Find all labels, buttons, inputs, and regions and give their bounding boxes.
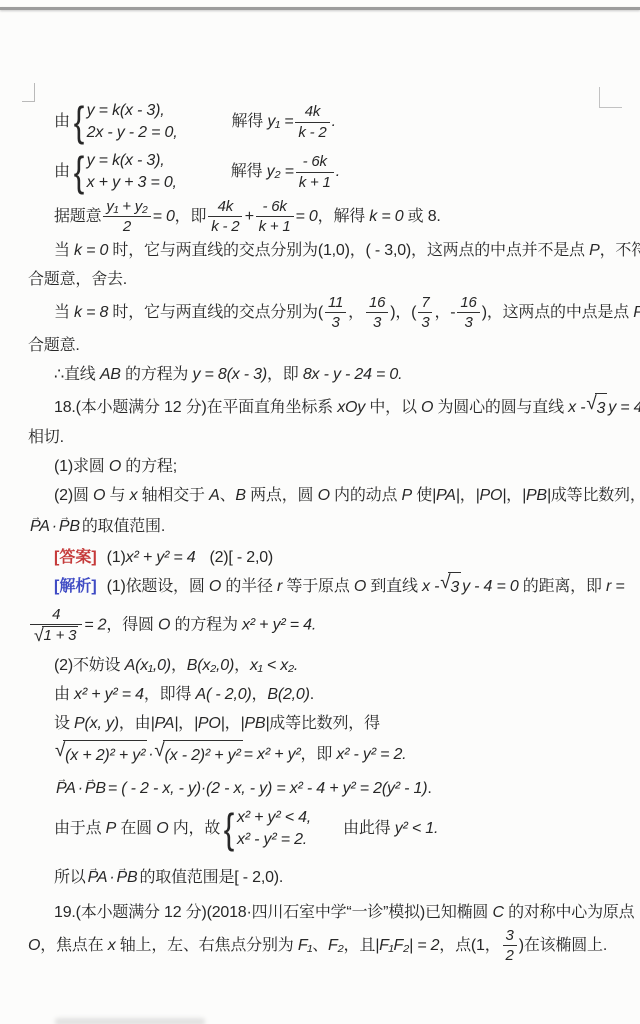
text-run: 所以 (54, 869, 86, 886)
equation-row: x² + y² < 4, (237, 807, 311, 829)
equation-system: {x² + y² < 4,x² - y² = 2. (222, 807, 311, 851)
spacer (179, 175, 231, 176)
math-run: F₂ (328, 937, 343, 954)
square-root: √3 (440, 572, 461, 602)
math-run: k = 0 (369, 208, 403, 225)
math-run: x² + y² = 4 (126, 549, 196, 566)
math-run: F₁ (298, 937, 312, 954)
radicand: 3 (448, 572, 461, 602)
text-run: (1)求圆 (54, 458, 109, 475)
fraction-denominator: k + 1 (296, 172, 334, 191)
fraction-numerator: 4k (295, 103, 329, 121)
math-run: O (209, 578, 221, 595)
text-run: 的取值范围. (82, 518, 165, 535)
text-run: ， (178, 715, 194, 732)
text-run: ，即 (267, 366, 303, 383)
math-run: C (492, 904, 503, 921)
vector: →PA (56, 774, 76, 803)
math-run: O (421, 399, 433, 416)
text-run: ， (225, 715, 241, 732)
text-run: (2)[ - 2,0) (209, 549, 273, 566)
text-run: 中，以 (365, 399, 421, 416)
text-run: 由 (54, 686, 74, 703)
text-run: 、 (220, 487, 236, 504)
cutoff-line-smudge (55, 1018, 205, 1024)
radicand: 1 + 3 (42, 626, 79, 644)
math-run: O (158, 617, 170, 634)
text-run: ，即得 (144, 686, 196, 703)
fraction-denominator: 3 (366, 312, 388, 331)
document-line: 由于点 P 在圆 O 内，故{x² + y² < 4,x² - y² = 2.由… (28, 807, 626, 851)
math-run: y² < 1. (395, 820, 439, 837)
math-run: P (633, 303, 640, 320)
math-run: r = (606, 578, 625, 595)
square-root: √(x + 2)² + y² (55, 740, 147, 770)
math-run: |PO| (476, 487, 507, 504)
fraction: 4kk - 2 (295, 103, 329, 141)
vector: →PB (85, 774, 106, 803)
math-run: O (318, 487, 330, 504)
vector-arrow-icon: → (57, 765, 66, 794)
text-run: 当 (54, 242, 74, 259)
text-run: 轴上，左、右焦点分别为 (116, 937, 298, 954)
math-run: . (332, 113, 336, 130)
text-run: 由此得 (343, 820, 395, 837)
text-run: ， (234, 657, 250, 674)
math-run: B (235, 487, 245, 504)
brace-icon: { (74, 151, 84, 193)
text-run: 、 (312, 937, 328, 954)
text-run: 的半径 (221, 578, 277, 595)
radicand: (x - 2)² + y² (163, 740, 243, 770)
document-content: 由{y = k(x - 3),2x - y - 2 = 0,解得 y₁ =4kk… (0, 100, 640, 964)
math-run: P(x, y) (74, 715, 119, 732)
math-run: k = 8 (74, 303, 108, 320)
equation-system: {y = k(x - 3),x + y + 3 = 0, (72, 150, 177, 194)
text-run: 的距离，即 (519, 578, 607, 595)
vector: →PA (88, 863, 108, 892)
fraction-numerator: 4 (30, 606, 82, 624)
math-run: y = 8(x - 3) (192, 366, 267, 383)
fraction: 4√1 + 3 (30, 606, 82, 645)
text-run: 由于点 (54, 820, 106, 837)
scan-top-bar (0, 7, 640, 10)
fraction: - 6kk + 1 (296, 153, 334, 191)
text-run: ，由 (119, 715, 151, 732)
fraction-denominator: 3 (325, 312, 346, 331)
fraction: - 6kk + 1 (256, 198, 294, 236)
text-run: ，焦点在 (40, 937, 107, 954)
math-run: x (108, 937, 116, 954)
text-run: ， (348, 303, 364, 320)
text-run: 内，故 (168, 820, 220, 837)
document-line: 相切. (28, 423, 626, 452)
math-run: = ( - 2 - x, - y)·(2 - x, - y) = x² - 4 … (108, 780, 428, 797)
math-run: = x² + y² (244, 746, 301, 763)
math-run: A (209, 487, 219, 504)
answer-label: [答案] (54, 549, 97, 566)
equation-rows: x² + y² < 4,x² - y² = 2. (237, 807, 311, 851)
text-run: 时，它与两直线的交点分别为(1,0)，( - 3,0)，这两点的中点并不是点 (108, 242, 589, 259)
document-line: 当 k = 0 时，它与两直线的交点分别为(1,0)，( - 3,0)，这两点的… (28, 236, 626, 265)
text-run: 为圆心的圆与直线 (433, 399, 568, 416)
square-root: √3 (586, 393, 607, 423)
document-line: 当 k = 8 时，它与两直线的交点分别为(113，163)，(73，-163)… (28, 294, 626, 332)
math-run: B(2,0) (267, 686, 309, 703)
text-run: 18.(本小题满分 12 分)在平面直角坐标系 (54, 399, 337, 416)
document-line: 19.(本小题满分 12 分)(2018·四川石室中学“一诊”模拟)已知椭圆 C… (28, 898, 626, 927)
vector-arrow-icon: → (60, 503, 69, 532)
text-run: 的对称中心为原点 (504, 904, 635, 921)
fraction: y₁ + y₂2 (103, 198, 150, 236)
math-run: x - (568, 399, 585, 416)
spacer (97, 590, 107, 591)
fraction-numerator: 16 (457, 294, 479, 312)
fraction: 32 (503, 927, 517, 965)
text-run: 的方程; (121, 458, 177, 475)
vector-arrow-icon: → (31, 503, 40, 532)
text-run: ， (506, 487, 522, 504)
fraction-denominator: √1 + 3 (30, 624, 82, 645)
math-run: · (109, 869, 114, 886)
fraction-numerator: 3 (503, 927, 517, 945)
text-run: (2)不妨设 (54, 657, 125, 674)
text-run: 合题意，舍去. (28, 271, 127, 288)
text-run: 两点，圆 (246, 487, 318, 504)
math-run: O (156, 820, 168, 837)
fraction: 4kk - 2 (208, 198, 242, 236)
text-run: 解得 (231, 113, 267, 130)
text-run: ，且 (344, 937, 376, 954)
math-run: O (28, 937, 40, 954)
math-run: x² + y² = 4 (74, 686, 144, 703)
text-run: ，点(1， (439, 937, 500, 954)
fraction-numerator: - 6k (256, 198, 294, 216)
text-run: 到直线 (366, 578, 422, 595)
math-run: AB (100, 366, 121, 383)
fraction-denominator: 3 (457, 312, 479, 331)
text-run: ， (252, 686, 268, 703)
document-line: 设 P(x, y)，由|PA|，|PO|，|PB|成等比数列，得 (28, 709, 626, 738)
vector: →PA (30, 512, 50, 541)
document-line: 所以→PA·→PB的取值范围是[ - 2,0). (28, 863, 626, 892)
text-run: 的方程为 (121, 366, 193, 383)
text-run: 使 (412, 487, 432, 504)
text-run: (1) (107, 549, 126, 566)
math-run: + (244, 208, 253, 225)
document-line: 据题意y₁ + y₂2= 0，即4kk - 2+- 6kk + 1= 0，解得 … (28, 198, 626, 236)
text-run: 内的动点 (330, 487, 402, 504)
text-run: ，即 (301, 746, 337, 763)
document-line: O，焦点在 x 轴上，左、右焦点分别为 F₁、F₂，且|F₁F₂| = 2，点(… (28, 927, 626, 965)
fraction-numerator: 4k (208, 198, 242, 216)
fraction: 113 (325, 294, 346, 332)
math-run: A(x₁,0) (125, 657, 171, 674)
fraction-denominator: 3 (418, 312, 432, 331)
text-run: 在圆 (116, 820, 156, 837)
document-line: 合题意，舍去. (28, 265, 626, 294)
math-run: |PO| (194, 715, 225, 732)
text-run: . (427, 780, 431, 797)
equation-row: y = k(x - 3), (87, 100, 178, 122)
math-run: y₁ = (267, 113, 293, 130)
text-run: ，解得 (318, 208, 370, 225)
spacer (97, 561, 107, 562)
text-run: ， (460, 487, 476, 504)
text-run: )，这两点的中点是点 (482, 303, 634, 320)
document-line: →PA·→PB= ( - 2 - x, - y)·(2 - x, - y) = … (28, 774, 626, 803)
equation-rows: y = k(x - 3),x + y + 3 = 0, (87, 150, 177, 194)
fraction: 163 (457, 294, 479, 332)
math-run: y₂ = (267, 163, 294, 180)
equation-row: x² - y² = 2. (237, 829, 311, 851)
text-run: . (310, 686, 314, 703)
math-run: · (148, 746, 153, 763)
text-run: 解得 (231, 163, 267, 180)
text-run: 成等比数列，求 (551, 487, 640, 504)
math-run: xOy (337, 399, 365, 416)
math-run: x² + y² = 4. (242, 617, 316, 634)
text-run: 成等比数列，得 (269, 715, 380, 732)
square-root: √1 + 3 (34, 626, 78, 645)
document-line: 由{y = k(x - 3),2x - y - 2 = 0,解得 y₁ =4kk… (28, 100, 626, 144)
math-run: P (589, 242, 599, 259)
math-run: y - 4 = 0 (462, 578, 518, 595)
math-run: x² - y² = 2. (336, 746, 406, 763)
math-run: x - (422, 578, 439, 595)
text-run: 当 (54, 303, 74, 320)
math-run: y = 4 (608, 399, 640, 416)
equation-rows: y = k(x - 3),2x - y - 2 = 0, (87, 100, 178, 144)
math-run: 8x - y - 24 = 0. (303, 366, 403, 383)
document-line: 由 x² + y² = 4，即得 A( - 2,0)，B(2,0). (28, 680, 626, 709)
text-run: 或 8. (403, 208, 440, 225)
document-line: ∴直线 AB 的方程为 y = 8(x - 3)，即 8x - y - 24 =… (28, 360, 626, 389)
spacer (179, 125, 231, 126)
math-run: |PB| (240, 715, 269, 732)
text-run: )在该椭圆上. (519, 937, 607, 954)
vector-arrow-icon: → (86, 765, 95, 794)
document-line: (1)求圆 O 的方程; (28, 452, 626, 481)
math-run: = 0 (153, 208, 175, 225)
text-run: 合题意. (28, 337, 80, 354)
equation-row: y = k(x - 3), (87, 150, 177, 172)
math-run: · (78, 780, 83, 797)
text-run: 的方程为 (170, 617, 242, 634)
text-run: 由 (54, 113, 70, 130)
math-run: = 0 (296, 208, 318, 225)
fraction-numerator: 16 (366, 294, 388, 312)
math-run: B(x₂,0) (187, 657, 234, 674)
fraction-denominator: 2 (503, 945, 517, 964)
analysis-label: [解析] (54, 578, 97, 595)
vector-arrow-icon: → (89, 854, 98, 883)
math-run: k = 0 (74, 242, 108, 259)
text-run: ，即 (175, 208, 207, 225)
math-run: P (106, 820, 116, 837)
document-line: 由{y = k(x - 3),x + y + 3 = 0,解得 y₂ =- 6k… (28, 150, 626, 194)
document-line: 18.(本小题满分 12 分)在平面直角坐标系 xOy 中，以 O 为圆心的圆与… (28, 393, 626, 423)
math-run: O (93, 487, 105, 504)
math-run: O (354, 578, 366, 595)
text-run: ∴直线 (54, 366, 100, 383)
math-run: |PA| (432, 487, 460, 504)
text-run: 时，它与两直线的交点分别为( (108, 303, 323, 320)
math-run: = 2 (84, 617, 106, 634)
math-run: A( - 2,0) (196, 686, 252, 703)
document-line: [解析](1)依题设，圆 O 的半径 r 等于原点 O 到直线 x -√3y -… (28, 572, 626, 602)
text-run: 轴相交于 (137, 487, 209, 504)
text-run: 相切. (28, 429, 64, 446)
text-run: ，不符 (600, 242, 640, 259)
math-run: |PA| (150, 715, 178, 732)
fraction-denominator: k - 2 (295, 122, 329, 141)
document-line: √(x + 2)² + y²·√(x - 2)² + y²= x² + y²，即… (28, 740, 626, 770)
document-line: 4√1 + 3= 2，得圆 O 的方程为 x² + y² = 4. (28, 606, 626, 645)
text-run: (1)依题设，圆 (107, 578, 209, 595)
fraction-numerator: 7 (418, 294, 432, 312)
fraction: 163 (366, 294, 388, 332)
text-run: 由 (54, 163, 70, 180)
fraction-denominator: k + 1 (256, 216, 294, 235)
math-run: · (52, 518, 57, 535)
document-line: 合题意. (28, 331, 626, 360)
equation-system: {y = k(x - 3),2x - y - 2 = 0, (72, 100, 178, 144)
document-line: →PA·→PB的取值范围. (28, 512, 626, 541)
equation-row: x + y + 3 = 0, (87, 172, 177, 194)
fraction-numerator: 11 (325, 294, 346, 312)
text-run: ，- (434, 303, 455, 320)
math-run: P (402, 487, 412, 504)
spacer (313, 832, 343, 833)
text-run: 的取值范围是[ - 2,0). (139, 869, 283, 886)
math-run: O (109, 458, 121, 475)
text-run: ，得圆 (106, 617, 158, 634)
document-line: (2)圆 O 与 x 轴相交于 A、B 两点，圆 O 内的动点 P 使|PA|，… (28, 481, 626, 510)
text-run: 设 (54, 715, 74, 732)
fraction-numerator: y₁ + y₂ (103, 198, 150, 216)
spacer (195, 561, 209, 562)
fraction-denominator: k - 2 (208, 216, 242, 235)
equation-row: 2x - y - 2 = 0, (87, 122, 178, 144)
text-run: 与 (105, 487, 129, 504)
text-run: )，( (390, 303, 416, 320)
radicand: 3 (595, 393, 608, 423)
vector: →PB (59, 512, 80, 541)
math-run: |F₁F₂| = 2 (375, 937, 439, 954)
brace-icon: { (74, 101, 84, 143)
text-run: 等于原点 (282, 578, 354, 595)
radicand: (x + 2)² + y² (63, 740, 147, 770)
square-root: √(x - 2)² + y² (154, 740, 242, 770)
document-line: (2)不妨设 A(x₁,0)，B(x₂,0)，x₁ < x₂. (28, 651, 626, 680)
document-line: [答案](1)x² + y² = 4(2)[ - 2,0) (28, 543, 626, 572)
fraction: 73 (418, 294, 432, 332)
vector-arrow-icon: → (118, 854, 127, 883)
text-run: ， (171, 657, 187, 674)
fraction-numerator: - 6k (296, 153, 334, 171)
math-run: . (336, 163, 340, 180)
math-run: x₁ < x₂. (250, 657, 298, 674)
fraction-denominator: 2 (103, 216, 150, 235)
text-run: 19.(本小题满分 12 分)(2018·四川石室中学“一诊”模拟)已知椭圆 (54, 904, 492, 921)
brace-icon: { (224, 808, 234, 850)
text-run: (2)圆 (54, 487, 93, 504)
text-run: 据题意 (54, 208, 101, 225)
vector: →PB (117, 863, 138, 892)
math-run: |PB| (522, 487, 551, 504)
